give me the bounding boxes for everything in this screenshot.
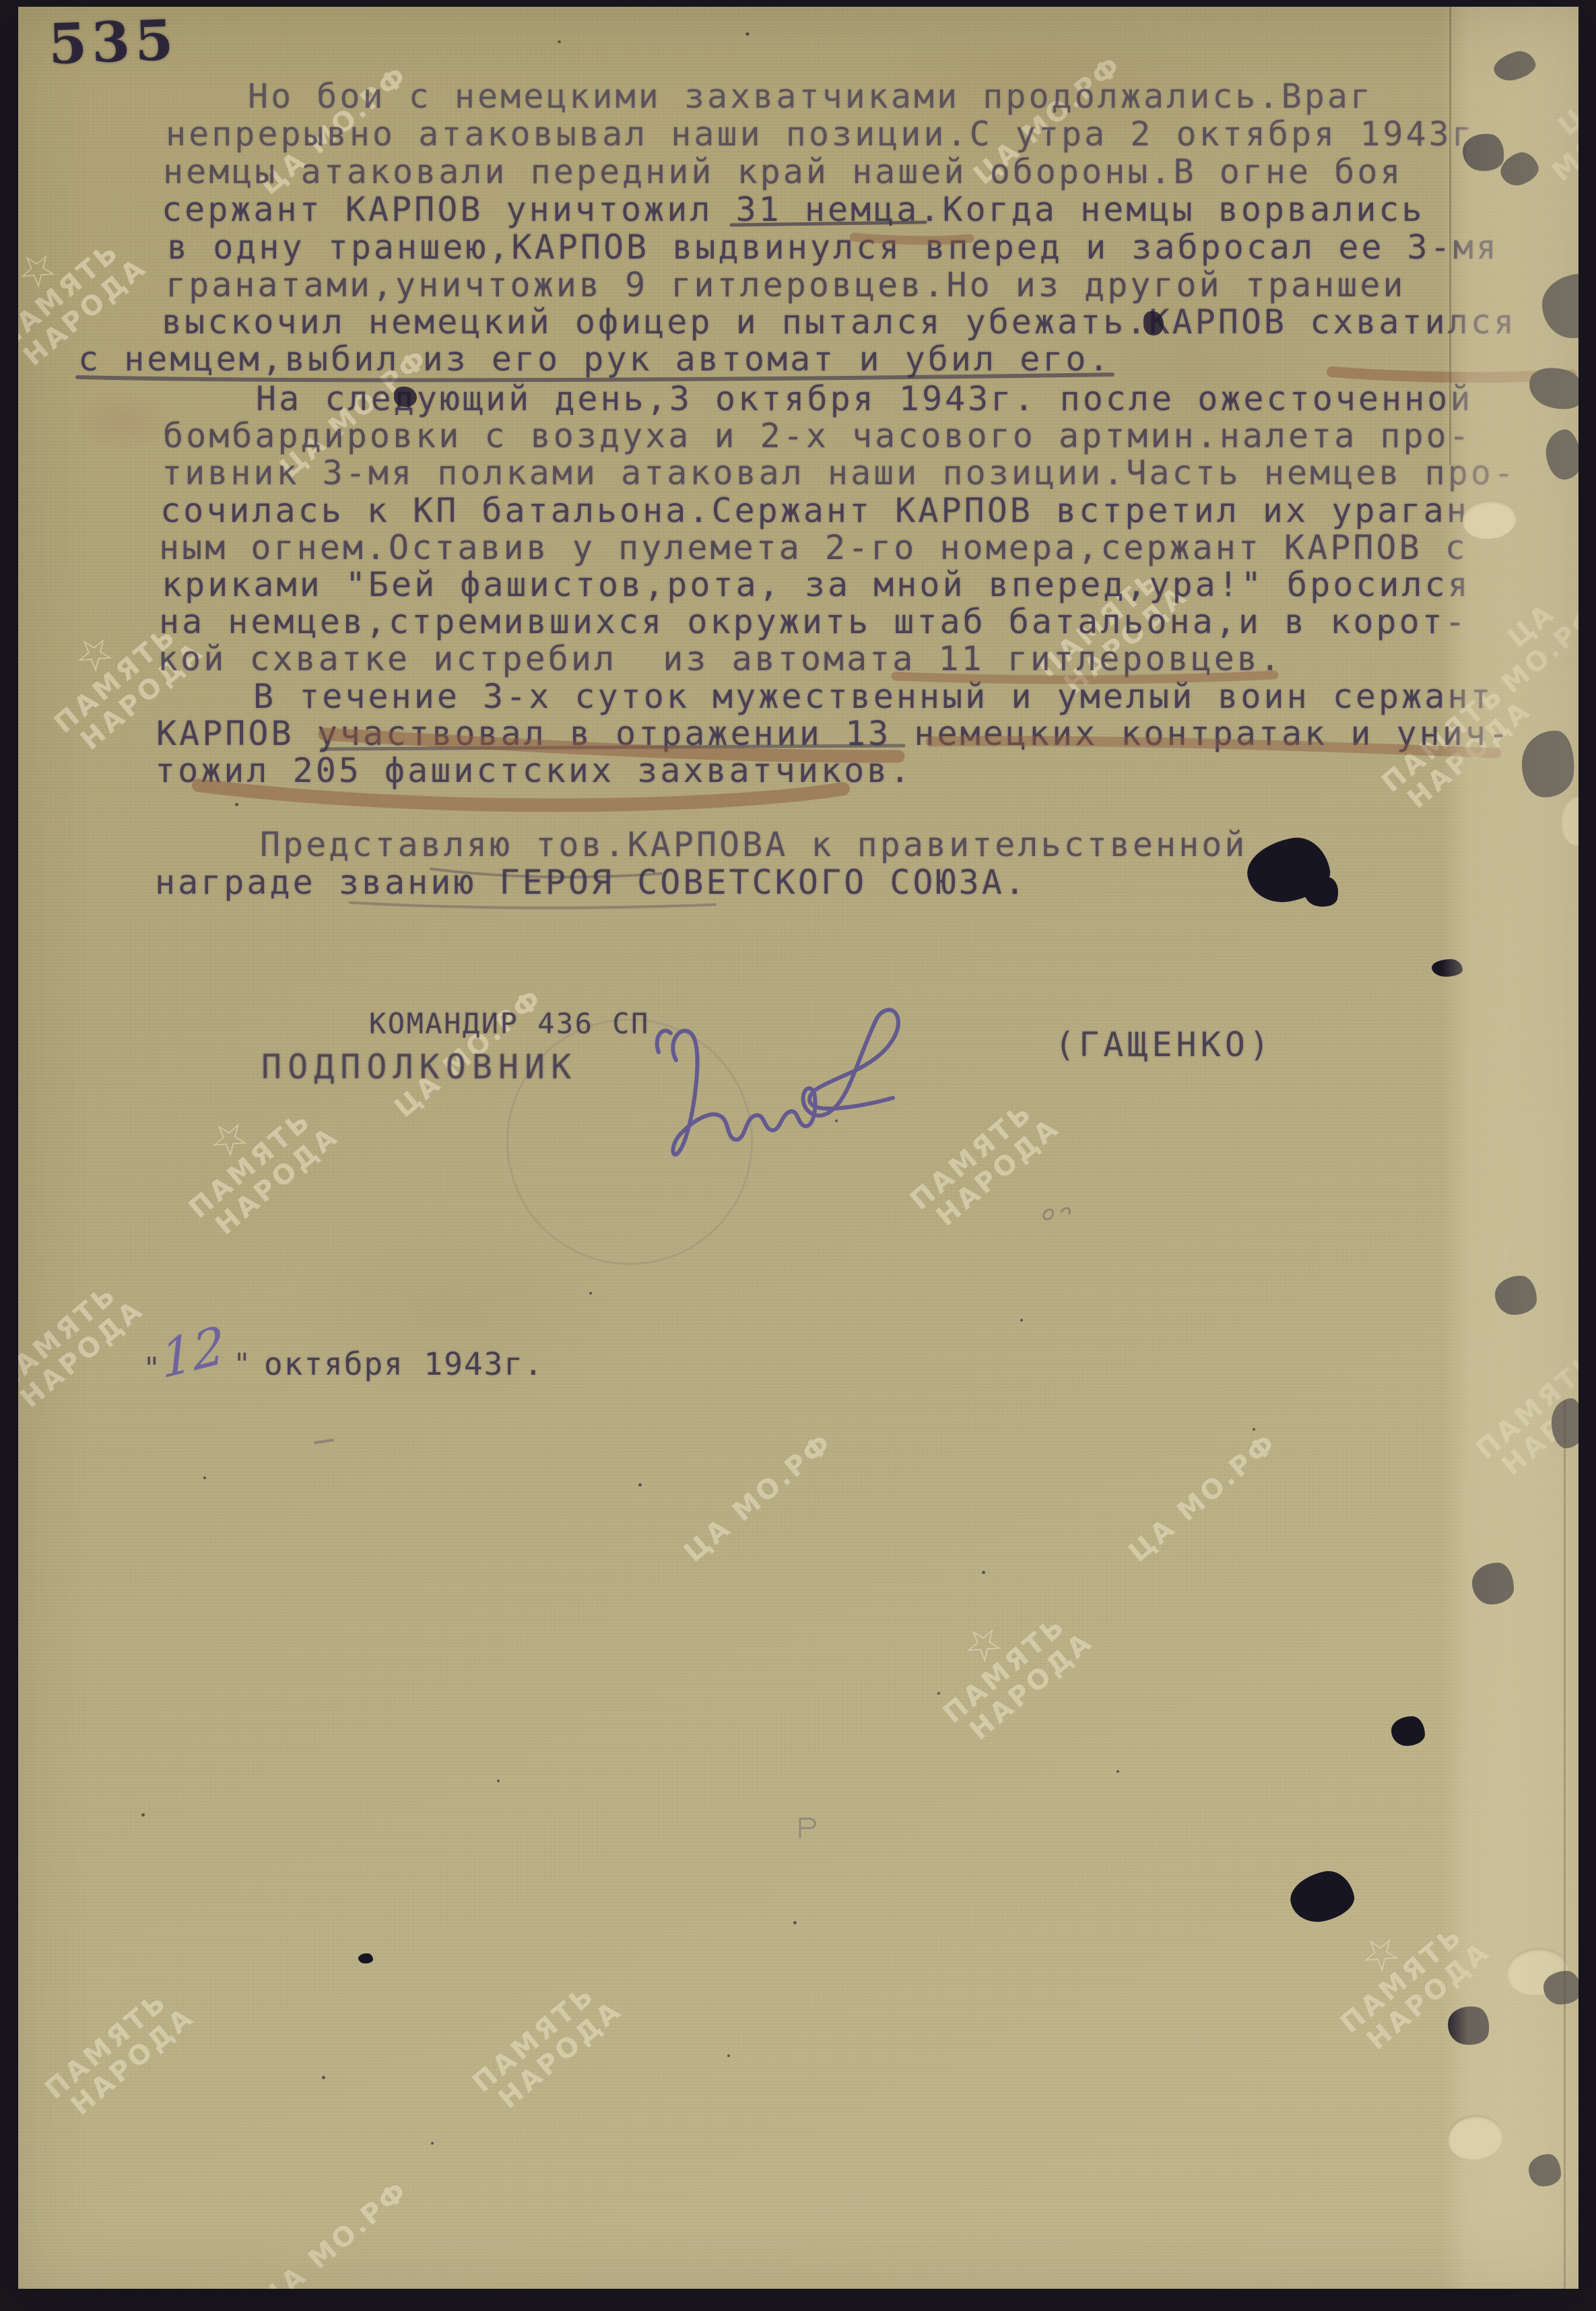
scan-border-top bbox=[0, 0, 1596, 7]
typed-line: ным огнем.Оставив у пулемета 2-го номера… bbox=[159, 529, 1468, 566]
dust-speck bbox=[322, 2076, 325, 2079]
dust-speck bbox=[793, 1921, 797, 1924]
date-quote-close: " bbox=[233, 1348, 251, 1381]
typed-line: бомбардировки с воздуха и 2-х часового а… bbox=[163, 418, 1472, 455]
watermark-archive: ЦА МО.РФ bbox=[678, 1427, 838, 1568]
dust-speck bbox=[203, 1476, 206, 1479]
typed-line: КАРПОВ участвовал в отражении 13 немецки… bbox=[156, 715, 1511, 752]
paper-stain bbox=[74, 391, 168, 451]
typed-line: сержант КАРПОВ уничтожил 31 немца.Когда … bbox=[162, 191, 1425, 228]
dust-speck bbox=[638, 1483, 642, 1487]
typed-line: непрерывно атаковывал наши позиции.С утр… bbox=[166, 116, 1498, 153]
handwritten-day: 12 bbox=[160, 1317, 227, 1388]
dust-speck bbox=[727, 2054, 730, 2057]
typed-line: на немцев,стремившихся окружить штаб бат… bbox=[159, 604, 1468, 641]
page-number-stamp: 535 bbox=[47, 10, 178, 75]
typed-line: немцы атаковали передний край нашей обор… bbox=[163, 154, 1403, 191]
dust-speck bbox=[745, 32, 750, 36]
ink-blot bbox=[358, 1953, 373, 1963]
typed-line: В течение 3-х суток мужественный и умелы… bbox=[253, 678, 1494, 715]
typed-line: в одну траншею,КАРПОВ выдвинулся вперед … bbox=[167, 229, 1499, 266]
pencil-scribbles bbox=[315, 1208, 1070, 1837]
typewriter-blot bbox=[1143, 311, 1164, 335]
commander-title-line: КОМАНДИР 436 СП bbox=[369, 1008, 650, 1039]
watermark-memory: ПАМЯТЬ НАРОДА bbox=[459, 1972, 628, 2127]
typewriter-blot bbox=[394, 387, 417, 407]
dust-speck bbox=[1020, 1319, 1023, 1322]
dust-speck bbox=[937, 1692, 940, 1695]
date-month-year: октября 1943г. bbox=[264, 1347, 544, 1381]
typed-line: кой схватке истребил из автомата 11 гитл… bbox=[158, 641, 1283, 678]
scan-border-left bbox=[0, 0, 18, 2311]
watermark-memory: ПАМЯТЬ НАРОДА bbox=[897, 1090, 1065, 1245]
page-edge-crease bbox=[1449, 0, 1451, 465]
typed-line: Но бои с немецкими захватчиками продолжа… bbox=[248, 78, 1373, 115]
dust-speck bbox=[589, 1292, 592, 1295]
dust-speck bbox=[982, 1571, 985, 1574]
scan-border-bottom bbox=[0, 2289, 1596, 2311]
dust-speck bbox=[1253, 1428, 1255, 1431]
dust-speck bbox=[558, 40, 561, 43]
typed-line: сочилась к КП батальона.Сержант КАРПОВ в… bbox=[160, 492, 1492, 529]
typed-line: криками "Бей фашистов,рота, за мной впер… bbox=[162, 566, 1471, 604]
typed-line: Представляю тов.КАРПОВА к правительствен… bbox=[260, 826, 1247, 864]
page-edge-strip bbox=[1441, 0, 1578, 2311]
dust-speck bbox=[835, 1119, 838, 1122]
commander-surname: (ГАЩЕНКО) bbox=[1055, 1027, 1273, 1063]
watermark-archive: ЦА МО.РФ bbox=[1123, 1427, 1283, 1568]
dust-speck bbox=[431, 2142, 434, 2145]
typed-line: тожил 205 фашистских захватчиков. bbox=[155, 752, 912, 789]
dust-speck bbox=[141, 1813, 145, 1817]
scan-border-right bbox=[1578, 0, 1596, 2311]
page-edge-crease bbox=[1564, 1401, 1566, 2297]
ink-blot bbox=[1391, 1716, 1425, 1746]
typed-line: с немцем,выбил из его рук автомат и убил… bbox=[78, 341, 1112, 378]
watermark-memory: ПАМЯТЬ НАРОДА bbox=[32, 1979, 200, 2134]
star-icon: ☆ bbox=[904, 1573, 1061, 1714]
rank-line: ПОДПОЛКОВНИК bbox=[261, 1049, 577, 1085]
dust-speck bbox=[1117, 1770, 1119, 1773]
star-icon: ☆ bbox=[150, 1068, 307, 1208]
watermark-memory: ПАМЯТЬ НАРОДА bbox=[0, 1272, 149, 1427]
star-icon: ☆ bbox=[15, 583, 172, 723]
watermark-memory: ☆ ПАМЯТЬ НАРОДА bbox=[150, 1068, 345, 1253]
date-quote-open: " bbox=[143, 1353, 161, 1385]
watermark-memory: ☆ ПАМЯТЬ НАРОДА bbox=[904, 1573, 1099, 1758]
typed-line: выскочил немецкий офицер и пытался убежа… bbox=[162, 304, 1517, 341]
typed-line: награде званию ГЕРОЯ СОВЕТСКОГО СОЮЗА. bbox=[155, 864, 1028, 901]
typed-line: тивник 3-мя полками атаковал наши позици… bbox=[162, 455, 1517, 492]
dust-speck bbox=[497, 1780, 500, 1782]
typed-line: На следующий день,3 октября 1943г. после… bbox=[256, 381, 1473, 418]
document-scan: ☆ ПАМЯТЬ НАРОДА ☆ ПАМЯТЬ НАРОДА ПАМЯТЬ Н… bbox=[0, 0, 1596, 2311]
dust-speck bbox=[235, 803, 238, 806]
typed-line: гранатами,уничтожив 9 гитлеровцев.Но из … bbox=[166, 267, 1406, 304]
ink-blot bbox=[1286, 1866, 1358, 1927]
